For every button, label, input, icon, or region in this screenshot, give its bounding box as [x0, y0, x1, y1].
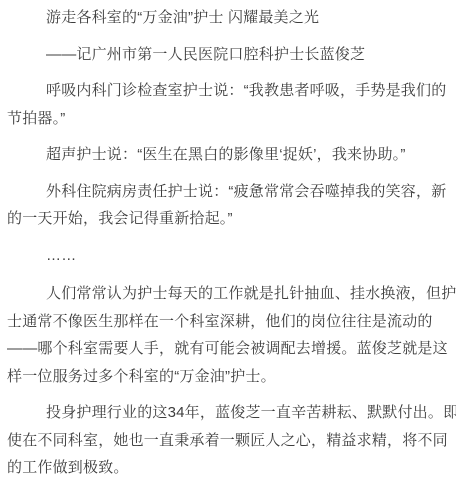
paragraph-ultrasound-quote: 超声护士说：“医生在黑白的影像里‘捉妖’，我来协助。”	[7, 141, 450, 169]
paragraph-body-2: 投身护理行业的这34年，蓝俊芝一直辛苦耕耘、默默付出。即使在不同科室，她也一直秉…	[7, 399, 450, 482]
article-line: ……	[7, 242, 450, 270]
paragraph-body-1: 人们常常认为护士每天的工作就是扎针抽血、挂水换液，但护士通常不像医生那样在一个科…	[7, 280, 450, 390]
paragraph-ellipsis: ……	[7, 242, 450, 270]
article-line: 呼吸内科门诊检查室护士说：“我教患者呼吸，手势是我们的	[7, 77, 450, 105]
article-line: 外科住院病房责任护士说：“疲惫常常会吞噬掉我的笑容，新	[7, 178, 450, 206]
article-line: 游走各科室的“万金油”护士 闪耀最美之光	[7, 4, 450, 32]
article-line: 人们常常认为护士每天的工作就是扎针抽血、挂水换液，但护	[7, 280, 450, 308]
article-title: 游走各科室的“万金油”护士 闪耀最美之光	[7, 4, 450, 32]
article-line: 使在不同科室，她也一直秉承着一颗匠人之心，精益求精，将不同	[7, 427, 450, 455]
article-line: ——记广州市第一人民医院口腔科护士长蓝俊芝	[7, 41, 450, 69]
article-line: 的一天开始，我会记得重新拾起。”	[7, 205, 450, 233]
paragraph-surgery-quote: 外科住院病房责任护士说：“疲惫常常会吞噬掉我的笑容，新的一天开始，我会记得重新拾…	[7, 178, 450, 233]
article-line: 士通常不像医生那样在一个科室深耕，他们的岗位往往是流动的	[7, 308, 450, 336]
article-line: 样一位服务过多个科室的“万金油”护士。	[7, 363, 450, 391]
article-line: 的工作做到极致。	[7, 454, 450, 482]
paragraph-respiratory-quote: 呼吸内科门诊检查室护士说：“我教患者呼吸，手势是我们的节拍器。”	[7, 77, 450, 132]
article-line: 节拍器。”	[7, 105, 450, 133]
article-body: 游走各科室的“万金油”护士 闪耀最美之光——记广州市第一人民医院口腔科护士长蓝俊…	[7, 4, 450, 482]
article-line: 超声护士说：“医生在黑白的影像里‘捉妖’，我来协助。”	[7, 141, 450, 169]
article-line: 投身护理行业的这34年，蓝俊芝一直辛苦耕耘、默默付出。即	[7, 399, 450, 427]
article-page: 游走各科室的“万金油”护士 闪耀最美之光——记广州市第一人民医院口腔科护士长蓝俊…	[0, 0, 456, 483]
article-line: ——哪个科室需要人手，就有可能会被调配去增援。蓝俊芝就是这	[7, 335, 450, 363]
article-subtitle: ——记广州市第一人民医院口腔科护士长蓝俊芝	[7, 41, 450, 69]
